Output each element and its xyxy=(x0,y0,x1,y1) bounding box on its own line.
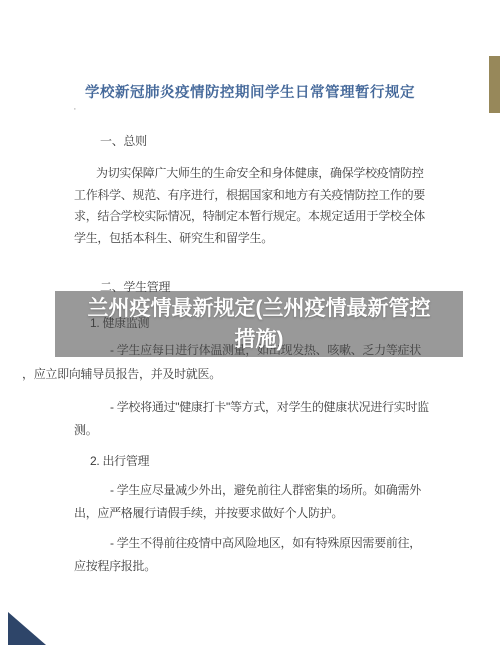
section-heading-general: 一、总则 xyxy=(100,134,147,148)
banner-title-line2: 措施) xyxy=(235,324,284,355)
bullet-line: 应按程序报批。 xyxy=(74,559,156,573)
bullet-line: ，应立即向辅导员报告，并及时就医。 xyxy=(22,367,221,381)
corner-triangle-decoration xyxy=(8,612,46,645)
stray-dot-mark: · xyxy=(73,103,77,115)
overlay-banner: 兰州疫情最新规定(兰州疫情最新管控 措施) xyxy=(55,291,463,357)
document-page: 学校新冠肺炎疫情防控期间学生日常管理暂行规定 · 一、总则 为切实保障广大师生的… xyxy=(0,0,500,647)
paragraph-line: 学生，包括本科生、研究生和留学生。 xyxy=(74,231,273,245)
bullet-line: - 学生应尽量减少外出，避免前往人群密集的场所。如确需外 xyxy=(110,483,421,497)
bullet-line: - 学校将通过"健康打卡"等方式，对学生的健康状况进行实时监 xyxy=(110,400,429,414)
bullet-line: - 学生不得前往疫情中高风险地区，如有特殊原因需要前往， xyxy=(110,536,421,550)
banner-title-line1: 兰州疫情最新规定(兰州疫情最新管控 xyxy=(88,293,431,324)
paragraph-line: 为切实保障广大师生的生命安全和身体健康，确保学校疫情防控 xyxy=(96,166,424,180)
bullet-line: 出，应严格履行请假手续，并按要求做好个人防护。 xyxy=(74,506,343,520)
paragraph-line: 工作科学、规范、有序进行，根据国家和地方有关疫情防控工作的要 xyxy=(74,188,425,202)
subsection-heading-travel: 2. 出行管理 xyxy=(90,454,149,468)
paragraph-line: 求，结合学校实际情况，特制定本暂行规定。本规定适用于学校全体 xyxy=(74,209,425,223)
document-title: 学校新冠肺炎疫情防控期间学生日常管理暂行规定 xyxy=(0,81,500,102)
bullet-line: 测。 xyxy=(74,423,97,437)
corner-bar-decoration xyxy=(489,56,500,113)
